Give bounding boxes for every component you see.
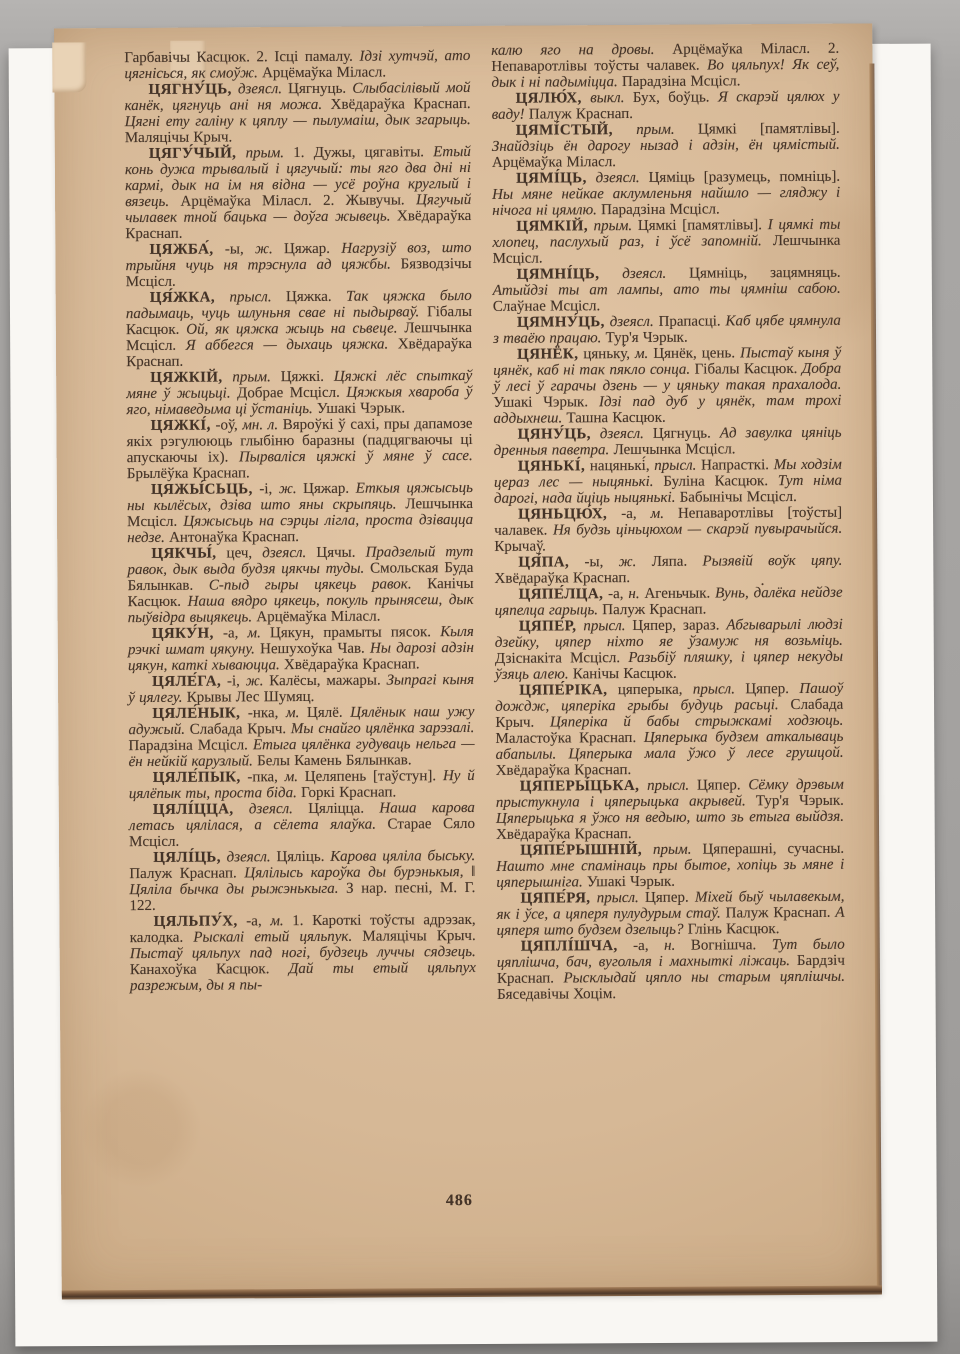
dictionary-entry-paragraph: ЦЯЛЕ́ПЫК, -пка, м. Целяпень [таўстун]. Н… (129, 768, 475, 802)
dictionary-entry-paragraph: ЦЯГНУ́ЦЬ, дзеясл. Цягнуць. Слыбасілівый … (124, 80, 470, 146)
plain-text: Крычаў. (494, 539, 546, 555)
headword: ЦЯЛІ́ЦЦА, (153, 801, 234, 817)
page-corner-fold (52, 42, 86, 92)
page-number: 486 (429, 1192, 489, 1210)
headword: ЦЯЖКІ́, (151, 418, 211, 434)
headword: ЦЯ́ПА, (518, 554, 569, 570)
headword: ЦЯМКІЙ, (516, 218, 588, 234)
plain-text: Арцёмаўка Міласл. (492, 154, 616, 171)
dictionary-entry-paragraph: ЦЯМКІЙ, прым. Цямкі [памятлівы]. І цямкі… (492, 217, 840, 267)
plain-text: Цяпер. (689, 777, 748, 793)
headword: ЦЯПЕРЫ́ЦЬКА, (520, 778, 640, 795)
plain-text: Цяліць. (271, 849, 331, 865)
example-text: м. (270, 913, 283, 929)
dictionary-entry-paragraph: ЦЯНЁК, цяньку́, м. Цянёк, цень. Пыстаў к… (493, 345, 841, 427)
plain-text: Ташна Касцюк. (562, 410, 666, 427)
book-page: Гарбавічы Касцюк. 2. Ісці памалу. Ідзі х… (54, 24, 880, 1297)
plain-text: Канахоўка Касцюк. (130, 961, 289, 978)
example-text: выкл. (582, 90, 625, 106)
dictionary-entry-paragraph: ЦЯЛІ́ЦЦА, дзеясл. Цяліцца. Наша карова л… (129, 800, 475, 850)
plain-text: Хвёдараўка Краснап. (496, 826, 632, 843)
dictionary-entry-paragraph: ЦЯНУ́ЦЬ, дзеясл. Цягнуць. Ад завулка цян… (494, 425, 842, 459)
example-text: Цягні ету галіну к цяплу — пылумаіш, дык… (125, 112, 471, 130)
example-text: мн. л. (242, 417, 278, 433)
plain-text: Палуж Краснап. (525, 106, 633, 123)
example-text: дзеясл. (221, 849, 271, 865)
example-text: калю яго на дровы. (491, 42, 654, 59)
plain-text: цеч, (216, 545, 262, 561)
headword: ЦЯНЬКІ́, (518, 458, 585, 474)
plain-text: -і, (253, 481, 279, 497)
headword: ЦЯПЕ́ЛЦА, (519, 586, 604, 603)
example-text: Цяперіка й бабы стрыжкамі ходзюць. (550, 713, 844, 731)
plain-text: цяньку́, (578, 346, 635, 362)
plain-text: Слабада Крыч. (185, 721, 291, 738)
dictionary-entry-paragraph: ЦЯ́ПА, -ы, ж. Ляпа. Рызявій воўк цяпу. Х… (494, 553, 842, 587)
example-text: прысл. (590, 890, 638, 906)
plain-text: Арцёмаўка Міласл. (258, 64, 386, 81)
plain-text: Бабынічы Мсцісл. (675, 489, 796, 506)
plain-text: Антонаўка Краснап. (165, 529, 299, 546)
plain-text: Дзіснакіта Мсцісл. (495, 650, 628, 667)
example-text: прысл. (639, 778, 689, 794)
example-text: Ой, як цяжка жыць на сьвеце. (186, 320, 397, 337)
dictionary-entry-paragraph: калю яго на дровы. Арцёмаўка Міласл. 2. … (491, 41, 839, 91)
example-text: Пырваліся цяжкі ў мяне ў сасе. (239, 448, 473, 465)
dictionary-entry-paragraph: ЦЯЛЬПУ́Х, -а, м. 1. Кароткі тоўсты адрэз… (130, 912, 476, 994)
plain-text: Канічы Касцюк. (569, 666, 677, 683)
plain-text: Цямніць, зацямняць. (666, 265, 840, 282)
headword: ЦЯПЕ́Р, (519, 618, 577, 634)
plain-text: Брылёўка Краснап. (127, 465, 250, 482)
text-column-left: Гарбавічы Касцюк. 2. Ісці памалу. Ідзі х… (124, 48, 476, 994)
plain-text: Горкі Краснап. (297, 784, 397, 801)
example-text: дзеясл. (599, 266, 666, 282)
plain-text: Хвёдараўка Краснап. (280, 656, 420, 673)
headword: ЦЯПЕ́РЯ, (520, 890, 590, 906)
example-text: н. (628, 586, 639, 602)
plain-text: Тур'я Чэрык. (601, 330, 687, 347)
plain-text: -нка, (240, 705, 286, 721)
headword: ЦЯМНУ́ЦЬ, (517, 314, 605, 331)
plain-text: Парадзіна Мсцісл. (597, 201, 720, 218)
headword: ЦЯЛІ́ЦЬ, (153, 850, 221, 866)
plain-text: Хвёдараўка Краснап. (496, 762, 632, 779)
dictionary-entry-paragraph: ЦЯПЕ́ЛЦА, -а, н. Агеньчык. Вунь, далёка … (495, 585, 843, 619)
plain-text: Цялё. (299, 705, 350, 721)
plain-text: -а, (603, 586, 628, 602)
plain-text: цяперыка, (607, 682, 693, 699)
example-text: м. (285, 769, 298, 785)
plain-text: Маляцічы Крыч. (352, 928, 476, 945)
plain-text: -і, (221, 673, 246, 689)
example-text: прысл. (215, 289, 272, 305)
example-text: прым. (236, 145, 284, 161)
headword: ЦЯ́ЖКА, (150, 290, 215, 306)
plain-text: нацянькі́, (585, 458, 654, 474)
headword: ЦЯНЁК, (517, 346, 578, 362)
plain-text: Бух, боўць. (624, 89, 718, 106)
plain-text: Палуж Краснап. (598, 602, 706, 619)
example-text: прысл. (576, 618, 625, 634)
example-text: Атыйдзі ты ат лампы, ато ты цямніш сабою… (493, 281, 841, 299)
plain-text: Парадзіна Мсцісл. (128, 737, 253, 754)
plain-text: Цягнуць. (282, 81, 352, 97)
dictionary-entry-paragraph: ЦЯЖЫ́СЬЦЬ, -і, ж. Цяжар. Еткыя цяжысьць … (127, 480, 473, 546)
headword: ЦЯЖЫ́СЬЦЬ, (151, 481, 253, 498)
plain-text: Целяпень [таўстун]. (298, 768, 443, 785)
plain-text: -оў, (211, 417, 243, 433)
plain-text: Лешчынка Мсцісл. (609, 441, 735, 458)
plain-text: Маляцічы Крыч. (125, 129, 233, 146)
example-text: дзеясл. (605, 314, 654, 330)
plain-text: Цяжар. (273, 241, 342, 257)
plain-text: Белы Камень Бялынкав. (253, 752, 412, 769)
dictionary-entry-paragraph: ЦЯМІ́СТЫЙ, прым. Цямкі [памятлівы]. Знай… (492, 121, 840, 171)
dictionary-entry-paragraph: ЦЯГУ́ЧЫЙ, прым. 1. Дужы, цягавіты. Етый … (125, 144, 472, 242)
plain-text: -а, (607, 506, 651, 522)
plain-text: Цямкі [памятлівы]. (675, 121, 840, 138)
plain-text: -а, (618, 938, 665, 954)
example-text: Рыскалі етый цяльпук. (193, 929, 352, 946)
headword: ЦЯЛЕ́НЫК, (152, 705, 240, 722)
headword: ЦЯГУ́ЧЫЙ, (149, 145, 237, 162)
plain-text: Палуж Краснап. (129, 865, 244, 882)
dictionary-entry-paragraph: Гарбавічы Касцюк. 2. Ісці памалу. Ідзі х… (124, 48, 470, 82)
headword: ЦЯНУ́ЦЬ, (518, 426, 591, 442)
plain-text: Вогнішча. (675, 937, 772, 954)
plain-text: Тур'я Чэрык. (746, 793, 844, 810)
plain-text: Маластоўка Краснап. (495, 730, 643, 747)
dictionary-entry-paragraph: ЦЯМНІ́ЦЬ, дзеясл. Цямніць, зацямняць. Ат… (493, 265, 841, 315)
example-text: прым. (642, 842, 692, 858)
example-text: ж. (279, 481, 297, 497)
dictionary-entry-paragraph: ЦЯЖКІЙ, прым. Цяжкі. Цяжкі лёс спыткаў м… (126, 368, 472, 418)
example-text: Карова цяліла быську. (330, 848, 475, 865)
example-text: прысл. (654, 458, 696, 474)
plain-text: 1. Дужы, цягавіты. (284, 144, 433, 161)
headword: ЦЯМІ́СТЫЙ, (516, 122, 613, 139)
scanned-book-photo: { "page_number": "486", "palette": { "pa… (0, 0, 960, 1354)
dictionary-entry-paragraph: ЦЯНЬКІ́, нацянькі́, прысл. Напрасткі. Мы… (494, 457, 842, 507)
dictionary-entry-paragraph: ЦЯЛЕ́ГА, -і, ж. Калёсы, мажары. Зыпрагі … (128, 672, 474, 706)
plain-text: Цяжкі. (271, 369, 334, 385)
headword: ЦЯЛЕ́ГА, (152, 674, 221, 690)
plain-text: -ы, (569, 554, 619, 570)
example-text: Рысклыдай цяпло ны старым цяплішчы. (563, 969, 845, 987)
headword: ЦЯЖБА́, (149, 242, 213, 258)
example-text: Мы снайго цялёнка зарэзалі. (291, 720, 475, 737)
plain-text: Ушакі Чэрык. (313, 400, 405, 417)
plain-text: Цяпер. (735, 681, 800, 697)
dictionary-entry-paragraph: ЦЯЛЕ́НЫК, -нка, м. Цялё. Цялёнык наш ужу… (128, 704, 474, 770)
plain-text: Нешухоўка Чав. (255, 641, 370, 658)
dictionary-entry-paragraph: ЦЯНЬЦЮ́Х, -а, м. Непаваротлівы [тоўсты] … (494, 505, 842, 555)
dictionary-entry-paragraph: ЦЯПЕ́РЫШНІЙ, прым. Цяперашні, сучасны. Н… (496, 841, 844, 891)
example-text: прысл. (693, 681, 735, 697)
plain-text: Калёсы, мажары. (263, 672, 386, 689)
plain-text: Парадзіна Мсцісл. (618, 73, 741, 90)
example-text: Ня будзь ціньцюхом — скарэй пувырачыйся. (553, 521, 842, 539)
example-text: м. (247, 625, 260, 641)
plain-text: Цяліцца. (293, 801, 380, 818)
example-text: прым. (588, 218, 632, 234)
example-text: м. (635, 346, 648, 362)
plain-text: Слаўнае Мсцісл. (493, 298, 600, 315)
plain-text: Хвёдараўка Краснап. (494, 570, 630, 587)
headword: ЦЯКЧЫ́, (151, 546, 216, 562)
example-text: м. (286, 705, 299, 721)
example-text: ж. (255, 241, 273, 257)
example-text: дзеясл. (591, 426, 644, 442)
plain-text: -пка, (241, 769, 285, 785)
plain-text: -а, (238, 913, 271, 929)
plain-text: Ушакі Чэрык. (493, 394, 599, 411)
plain-text: -ы, (213, 241, 255, 257)
headword: ЦЯПЕ́РІКА, (519, 682, 607, 699)
plain-text: Буліна Касцюк. (653, 473, 777, 490)
headword: ЦЯЛЮ́Х, (516, 90, 582, 106)
example-text: дзеясл. (232, 81, 282, 97)
plain-text: Агеньчык. (640, 585, 716, 601)
headword: ЦЯМІ́ЦЬ, (516, 170, 587, 186)
plain-text: Цямкі [памятлівы]. (632, 217, 768, 234)
headword: ЦЯПЕ́РЫШНІЙ, (520, 842, 642, 859)
plain-text: Цяміць [разумець, помніць]. (640, 169, 841, 186)
example-text: ж. (246, 673, 264, 689)
plain-text: Цяжка. (272, 289, 347, 305)
dictionary-entry-paragraph: ЦЯМНУ́ЦЬ, дзеясл. Прапасці. Каб цябе цям… (493, 313, 841, 347)
plain-text: Глінь Касцюк. (683, 921, 779, 938)
plain-text: Цянёк, цень. (648, 345, 740, 362)
plain-text: -а, (214, 625, 248, 641)
plain-text: Цяпер, зараз. (625, 617, 726, 634)
plain-text: Палуж Краснап. (721, 905, 836, 922)
plain-text: Арцёмаўка Міласл. 2. Жывучы. (169, 192, 416, 210)
headword: ЦЯМНІ́ЦЬ, (517, 266, 600, 283)
dictionary-entry-paragraph: ЦЯПЕ́РЯ, прысл. Цяпер. Міхей быў чылавек… (496, 889, 844, 939)
plain-text: Арцёмаўка Міласл. (252, 609, 380, 626)
plain-text: Добрае Мсцісл. (231, 385, 347, 402)
plain-text: Напрасткі. (696, 457, 773, 473)
dictionary-entry-paragraph: ЦЯЖКІ́, -оў, мн. л. Вяроўкі ў сахі, пры … (127, 416, 473, 482)
headword: ЦЯЛЕ́ПЫК, (153, 769, 241, 786)
headword: ЦЯПЛІ́ШЧА, (521, 938, 618, 955)
dictionary-entry-paragraph: ЦЯЛЮ́Х, выкл. Бух, боўць. Я скарэй цялюх… (492, 89, 840, 123)
example-text: м. (651, 506, 664, 522)
example-text: Рызявій воўк цяпу. (702, 553, 842, 570)
example-text: прым. (222, 369, 270, 385)
plain-text: Прапасці. (654, 313, 726, 329)
plain-text: Крывы Лес Шумяц. (182, 689, 314, 706)
plain-text: Цяпер. (639, 890, 695, 906)
headword: ЦЯГНУ́ЦЬ, (148, 81, 231, 98)
example-text: дзеясл. (262, 545, 306, 561)
example-text: дзеясл. (234, 801, 293, 817)
dictionary-entry-paragraph: ЦЯЛІ́ЦЬ, дзеясл. Цяліць. Карова цяліла б… (129, 848, 475, 914)
plain-text: Ушакі Чэрык. (583, 874, 675, 891)
plain-text: Цяперашні, сучасны. (691, 841, 844, 858)
plain-text: Цяжар. (296, 481, 355, 497)
example-text: прым. (613, 122, 675, 138)
headword: ЦЯЖКІЙ, (150, 369, 222, 385)
example-text: Цяперыцька я ўжо ня ведыю, што зь етыга … (496, 809, 844, 827)
plain-text: Гарбавічы Касцюк. 2. Ісці памалу. (124, 49, 359, 66)
plain-text: Ляпа. (636, 554, 702, 570)
plain-text: Цягнуць. (644, 425, 720, 441)
dictionary-entry-paragraph: ЦЯПЕ́РІКА, цяперыка, прысл. Цяпер. Пашоў… (495, 681, 844, 779)
dictionary-entry-paragraph: ЦЯКЧЫ́, цеч, дзеясл. Цячы. Прадзелый тут… (127, 544, 473, 626)
dictionary-entry-paragraph: ЦЯКУ́Н, -а, м. Цякун, прамыты пясок. Кыл… (128, 624, 474, 674)
headword: ЦЯНЬЦЮ́Х, (518, 506, 607, 523)
plain-text: Бяседавічы Хоцім. (497, 986, 616, 1003)
dictionary-entry-paragraph: ЦЯПЕРЫ́ЦЬКА, прысл. Цяпер. Сёмку дрэвым … (496, 777, 844, 843)
dictionary-entry-paragraph: ЦЯМІ́ЦЬ, дзеясл. Цяміць [разумець, помні… (492, 169, 840, 219)
plain-text: Хвёдараўка Краснап. (322, 96, 471, 113)
dictionary-entry-paragraph: ЦЯПЕ́Р, прысл. Цяпер, зараз. Абгыварылі … (495, 617, 843, 683)
headword: ЦЯКУ́Н, (152, 626, 214, 642)
dictionary-entry-paragraph: ЦЯЖБА́, -ы, ж. Цяжар. Нагрузіў воз, што … (125, 240, 471, 290)
plain-text: Цякун, прамыты пясок. (261, 624, 440, 641)
dictionary-entry-paragraph: ЦЯПЛІ́ШЧА, -а, н. Вогнішча. Тут было цяп… (497, 937, 845, 1003)
plain-text: Цячы. (306, 545, 365, 561)
example-text: Знайдзіць ён дарогу нызад і адзін, ён ця… (492, 137, 840, 155)
example-text: ж. (619, 554, 637, 570)
headword: ЦЯЛЬПУ́Х, (154, 913, 238, 930)
plain-text: Гібалы Касцюк. (690, 361, 802, 378)
example-text: С-пыд гыры цякець равок. (209, 576, 412, 593)
example-text: н. (664, 938, 675, 954)
dictionary-entry-paragraph: ЦЯ́ЖКА, прысл. Цяжка. Так цяжка было пад… (126, 288, 472, 370)
example-text: дзеясл. (587, 170, 640, 186)
text-column-right: калю яго на дровы. Арцёмаўка Міласл. 2. … (491, 41, 845, 1003)
example-text: Я аббегся — дыхаць цяжка. (186, 336, 389, 353)
